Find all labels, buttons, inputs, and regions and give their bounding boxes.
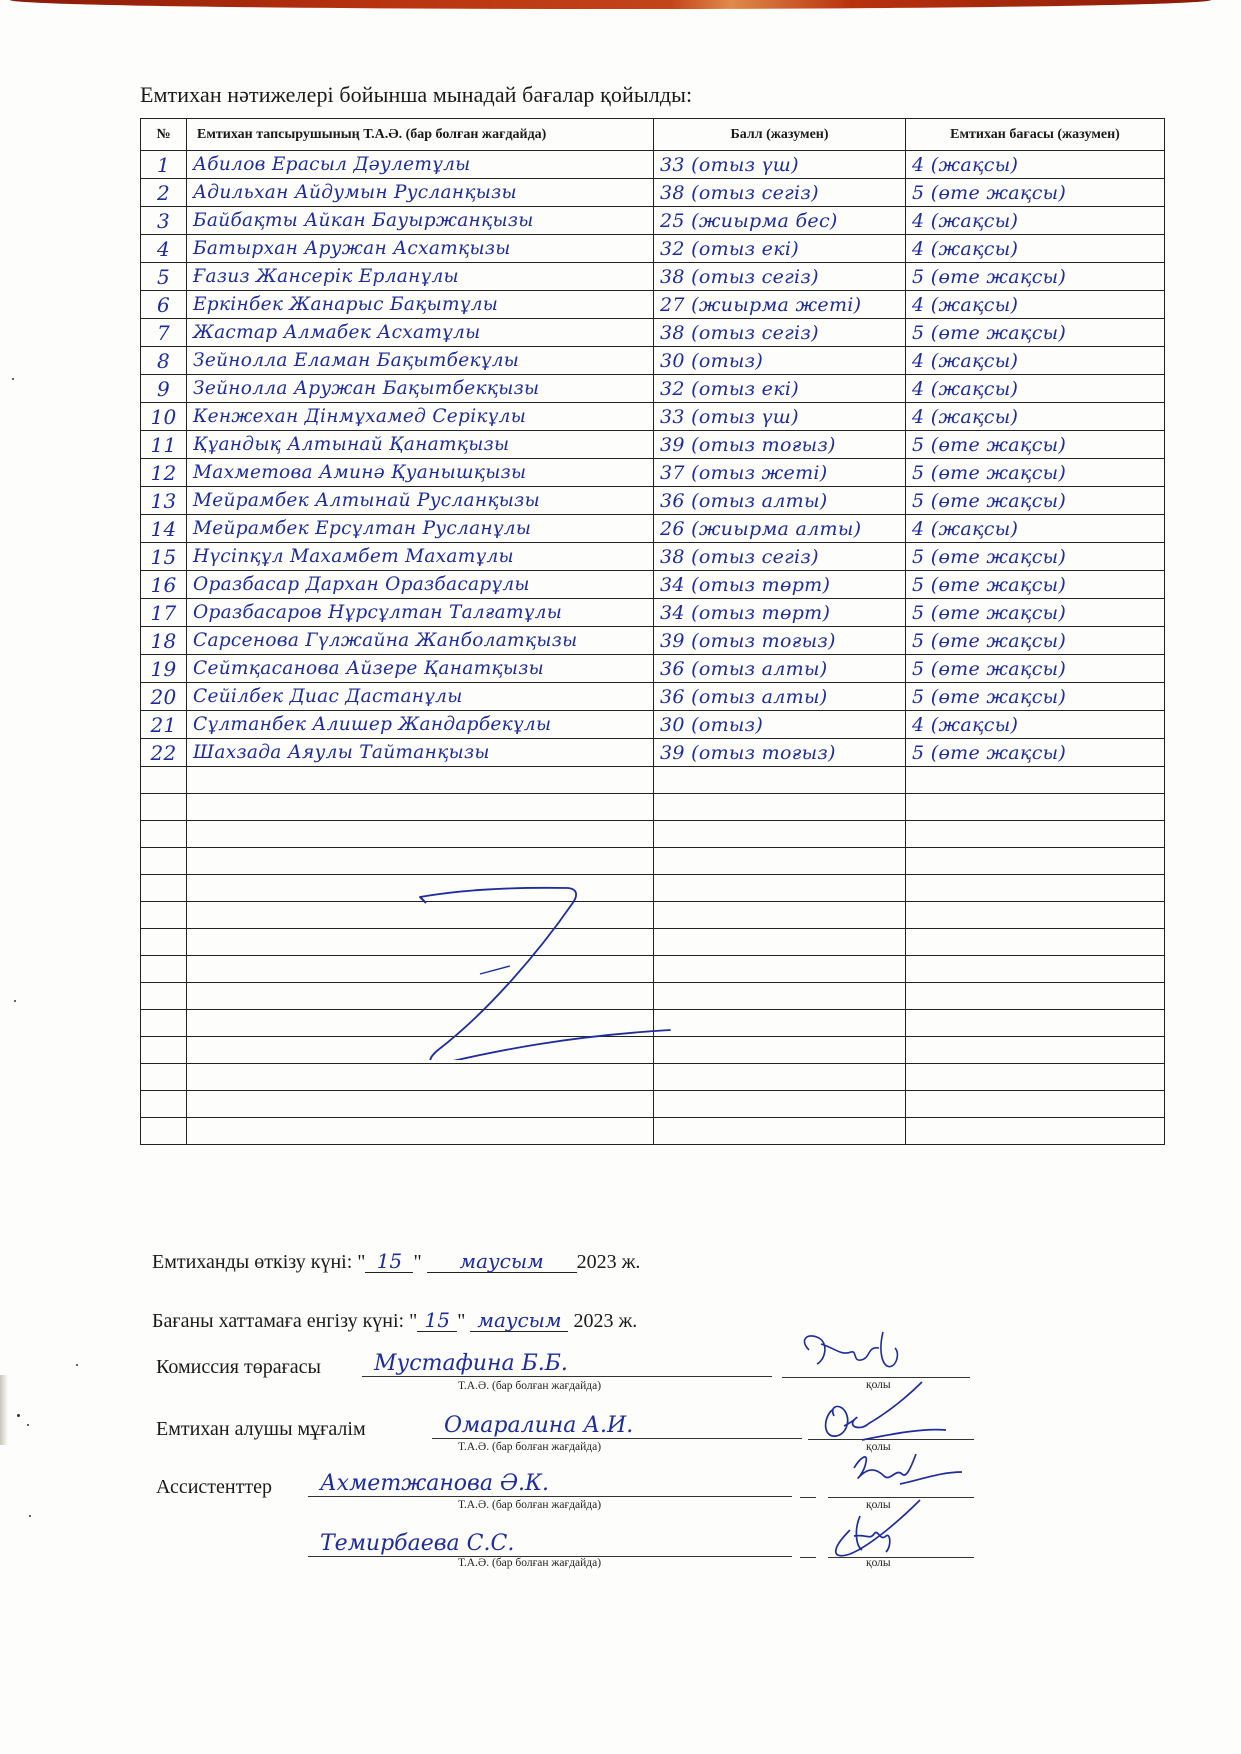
row-number: 5 [141, 263, 187, 291]
empty-cell [906, 821, 1165, 848]
row-number: 20 [141, 683, 187, 711]
chair-signature-field [782, 1351, 970, 1378]
exam-date-line: Емтиханды өткізу күні: "15" маусым2023 ж… [152, 1250, 640, 1274]
assistant1-signature-field [828, 1471, 974, 1498]
score-in-words: 34 (отыз төрт) [654, 599, 906, 627]
row-number: 7 [141, 319, 187, 347]
empty-cell [906, 929, 1165, 956]
score-in-words: 27 (жиырма жеті) [654, 291, 906, 319]
chair-name-caption: Т.А.Ә. (бар болған жағдайда) [458, 1380, 601, 1392]
quote-mark: " [457, 1310, 465, 1332]
empty-cell [906, 983, 1165, 1010]
grade-in-words: 5 (өте жақсы) [906, 739, 1165, 767]
table-row: 10Кенжехан Дінмұхамед Серікұлы33 (отыз ү… [141, 403, 1165, 431]
table-row: 13Мейрамбек Алтынай Русланқызы36 (отыз а… [141, 487, 1165, 515]
empty-cell [906, 1037, 1165, 1064]
protocol-date-month: маусым [470, 1309, 568, 1332]
exam-date-day: 15 [365, 1250, 413, 1273]
empty-cell [187, 983, 654, 1010]
student-name: Зейнолла Аружан Бақытбекқызы [187, 375, 654, 403]
empty-table-row [141, 794, 1165, 821]
student-name: Сұлтанбек Алишер Жандарбекұлы [187, 711, 654, 739]
row-number: 18 [141, 627, 187, 655]
results-table: № Емтихан тапсырушының Т.А.Ә. (бар болға… [140, 118, 1165, 1145]
assistant2-name-field: Темирбаева С.С. [308, 1531, 792, 1557]
score-in-words: 33 (отыз үш) [654, 151, 906, 179]
scan-edge-smudge [0, 1375, 8, 1445]
header-number: № [141, 119, 187, 151]
grade-in-words: 4 (жақсы) [906, 291, 1165, 319]
protocol-date-label: Бағаны хаттамаға енгізу күні: " [152, 1310, 417, 1332]
protocol-date-day: 15 [417, 1309, 457, 1332]
empty-cell [187, 1037, 654, 1064]
score-in-words: 32 (отыз екі) [654, 235, 906, 263]
row-number: 8 [141, 347, 187, 375]
table-row: 12Махметова Аминә Қуанышқызы37 (отыз жет… [141, 459, 1165, 487]
student-name: Мейрамбек Алтынай Русланқызы [187, 487, 654, 515]
row-number: 15 [141, 543, 187, 571]
grade-in-words: 4 (жақсы) [906, 347, 1165, 375]
empty-cell [906, 1064, 1165, 1091]
empty-cell [654, 794, 906, 821]
assistant1-sign-dash [800, 1471, 816, 1498]
score-in-words: 36 (отыз алты) [654, 487, 906, 515]
student-name: Құандық Алтынай Қанатқызы [187, 431, 654, 459]
grade-in-words: 5 (өте жақсы) [906, 179, 1165, 207]
table-row: 5Ғазиз Жансерік Ерланұлы38 (отыз сегіз)5… [141, 263, 1165, 291]
table-row: 8Зейнолла Еламан Бақытбекұлы30 (отыз)4 (… [141, 347, 1165, 375]
empty-cell [141, 1091, 187, 1118]
row-number: 4 [141, 235, 187, 263]
empty-cell [141, 1118, 187, 1145]
empty-cell [906, 875, 1165, 902]
chair-role-label: Комиссия төрағасы [156, 1356, 321, 1379]
empty-cell [187, 1091, 654, 1118]
grade-in-words: 5 (өте жақсы) [906, 319, 1165, 347]
student-name: Еркінбек Жанарыс Бақытұлы [187, 291, 654, 319]
empty-table-row [141, 902, 1165, 929]
grade-in-words: 5 (өте жақсы) [906, 487, 1165, 515]
student-name: Мейрамбек Ерсұлтан Русланұлы [187, 515, 654, 543]
score-in-words: 38 (отыз сегіз) [654, 263, 906, 291]
empty-cell [654, 1037, 906, 1064]
score-in-words: 37 (отыз жеті) [654, 459, 906, 487]
row-number: 21 [141, 711, 187, 739]
empty-table-row [141, 1091, 1165, 1118]
empty-cell [654, 983, 906, 1010]
student-name: Сейілбек Диас Дастанұлы [187, 683, 654, 711]
grade-in-words: 5 (өте жақсы) [906, 571, 1165, 599]
score-in-words: 36 (отыз алты) [654, 683, 906, 711]
table-row: 1Абилов Ерасыл Дәулетұлы33 (отыз үш)4 (ж… [141, 151, 1165, 179]
table-row: 19Сейтқасанова Айзере Қанатқызы36 (отыз … [141, 655, 1165, 683]
empty-cell [141, 1010, 187, 1037]
empty-cell [141, 794, 187, 821]
row-number: 13 [141, 487, 187, 515]
grade-in-words: 4 (жақсы) [906, 375, 1165, 403]
table-row: 22Шахзада Аяулы Тайтанқызы39 (отыз тоғыз… [141, 739, 1165, 767]
grade-in-words: 4 (жақсы) [906, 711, 1165, 739]
score-in-words: 38 (отыз сегіз) [654, 543, 906, 571]
empty-cell [187, 848, 654, 875]
grade-in-words: 5 (өте жақсы) [906, 543, 1165, 571]
score-in-words: 26 (жиырма алты) [654, 515, 906, 543]
empty-cell [187, 767, 654, 794]
score-in-words: 30 (отыз) [654, 347, 906, 375]
row-number: 17 [141, 599, 187, 627]
teacher-name-field: Омаралина А.И. [432, 1413, 802, 1439]
empty-cell [141, 929, 187, 956]
empty-cell [141, 875, 187, 902]
empty-table-row [141, 821, 1165, 848]
grade-in-words: 5 (өте жақсы) [906, 683, 1165, 711]
student-name: Оразбасаров Нұрсұлтан Талғатұлы [187, 599, 654, 627]
table-row: 11Құандық Алтынай Қанатқызы39 (отыз тоғы… [141, 431, 1165, 459]
score-in-words: 39 (отыз тоғыз) [654, 627, 906, 655]
scan-speck [14, 1000, 16, 1002]
assistants-role-label: Ассистенттер [156, 1476, 272, 1499]
empty-cell [141, 1064, 187, 1091]
row-number: 11 [141, 431, 187, 459]
empty-cell [654, 956, 906, 983]
table-row: 9Зейнолла Аружан Бақытбекқызы32 (отыз ек… [141, 375, 1165, 403]
empty-cell [906, 1010, 1165, 1037]
empty-cell [906, 1118, 1165, 1145]
empty-cell [654, 902, 906, 929]
student-name: Жастар Алмабек Асхатұлы [187, 319, 654, 347]
empty-cell [654, 1064, 906, 1091]
row-number: 12 [141, 459, 187, 487]
student-name: Зейнолла Еламан Бақытбекұлы [187, 347, 654, 375]
scan-speck [27, 1424, 29, 1426]
table-row: 4Батырхан Аружан Асхатқызы32 (отыз екі)4… [141, 235, 1165, 263]
student-name: Адильхан Айдумын Русланқызы [187, 179, 654, 207]
score-in-words: 38 (отыз сегіз) [654, 179, 906, 207]
empty-cell [654, 1118, 906, 1145]
score-in-words: 38 (отыз сегіз) [654, 319, 906, 347]
table-row: 7Жастар Алмабек Асхатұлы38 (отыз сегіз)5… [141, 319, 1165, 347]
grade-in-words: 4 (жақсы) [906, 235, 1165, 263]
header-name: Емтихан тапсырушының Т.А.Ә. (бар болған … [187, 119, 654, 151]
row-number: 3 [141, 207, 187, 235]
grade-in-words: 5 (өте жақсы) [906, 263, 1165, 291]
assistant2-sign-dash [800, 1531, 816, 1558]
empty-cell [654, 1091, 906, 1118]
student-name: Ғазиз Жансерік Ерланұлы [187, 263, 654, 291]
header-grade: Емтихан бағасы (жазумен) [906, 119, 1165, 151]
empty-cell [906, 1091, 1165, 1118]
assistant1-sign-caption: қолы [866, 1499, 891, 1511]
table-row: 17Оразбасаров Нұрсұлтан Талғатұлы34 (оты… [141, 599, 1165, 627]
score-in-words: 32 (отыз екі) [654, 375, 906, 403]
empty-cell [187, 821, 654, 848]
empty-table-row [141, 1010, 1165, 1037]
student-name: Оразбасар Дархан Оразбасарұлы [187, 571, 654, 599]
empty-cell [654, 767, 906, 794]
teacher-role-label: Емтихан алушы мұғалім [156, 1418, 366, 1441]
table-row: 3Байбақты Айкан Бауыржанқызы25 (жиырма б… [141, 207, 1165, 235]
student-name: Нүсіпқұл Махамбет Махатұлы [187, 543, 654, 571]
row-number: 2 [141, 179, 187, 207]
empty-cell [187, 794, 654, 821]
empty-cell [141, 956, 187, 983]
empty-cell [141, 1037, 187, 1064]
empty-cell [654, 821, 906, 848]
table-row: 21Сұлтанбек Алишер Жандарбекұлы30 (отыз)… [141, 711, 1165, 739]
empty-cell [141, 821, 187, 848]
empty-cell [187, 1118, 654, 1145]
empty-cell [906, 956, 1165, 983]
empty-table-row [141, 767, 1165, 794]
score-in-words: 39 (отыз тоғыз) [654, 739, 906, 767]
row-number: 10 [141, 403, 187, 431]
empty-table-row [141, 983, 1165, 1010]
score-in-words: 36 (отыз алты) [654, 655, 906, 683]
empty-table-row [141, 1118, 1165, 1145]
empty-cell [141, 983, 187, 1010]
table-header-row: № Емтихан тапсырушының Т.А.Ә. (бар болға… [141, 119, 1165, 151]
score-in-words: 30 (отыз) [654, 711, 906, 739]
chair-name-field: Мустафина Б.Б. [362, 1351, 772, 1377]
table-row: 6Еркінбек Жанарыс Бақытұлы27 (жиырма жет… [141, 291, 1165, 319]
empty-cell [906, 902, 1165, 929]
scan-speck [29, 1515, 31, 1517]
empty-cell [141, 767, 187, 794]
student-name: Шахзада Аяулы Тайтанқызы [187, 739, 654, 767]
empty-cell [187, 929, 654, 956]
assistant1-name-caption: Т.А.Ә. (бар болған жағдайда) [458, 1499, 601, 1511]
empty-cell [187, 1064, 654, 1091]
table-row: 14Мейрамбек Ерсұлтан Русланұлы26 (жиырма… [141, 515, 1165, 543]
exam-date-label: Емтиханды өткізу күні: " [152, 1251, 365, 1273]
empty-table-row [141, 1064, 1165, 1091]
table-row: 18Сарсенова Гүлжайна Жанболатқызы39 (оты… [141, 627, 1165, 655]
grade-in-words: 5 (өте жақсы) [906, 431, 1165, 459]
protocol-date-year: 2023 ж. [573, 1310, 637, 1332]
empty-cell [141, 902, 187, 929]
empty-cell [187, 956, 654, 983]
student-name: Кенжехан Дінмұхамед Серікұлы [187, 403, 654, 431]
quote-mark: " [413, 1251, 421, 1273]
grade-in-words: 5 (өте жақсы) [906, 599, 1165, 627]
empty-cell [187, 875, 654, 902]
empty-cell [906, 848, 1165, 875]
assistant2-sign-caption: қолы [866, 1557, 891, 1569]
teacher-sign-caption: қолы [866, 1441, 891, 1453]
student-name: Сарсенова Гүлжайна Жанболатқызы [187, 627, 654, 655]
assistant2-name-caption: Т.А.Ә. (бар болған жағдайда) [458, 1557, 601, 1569]
empty-cell [654, 1010, 906, 1037]
score-in-words: 34 (отыз төрт) [654, 571, 906, 599]
assistant1-name-field: Ахметжанова Ә.К. [308, 1471, 792, 1497]
grade-in-words: 4 (жақсы) [906, 151, 1165, 179]
row-number: 16 [141, 571, 187, 599]
grade-in-words: 5 (өте жақсы) [906, 627, 1165, 655]
student-name: Абилов Ерасыл Дәулетұлы [187, 151, 654, 179]
empty-cell [654, 848, 906, 875]
table-row: 15Нүсіпқұл Махамбет Махатұлы38 (отыз сег… [141, 543, 1165, 571]
student-name: Сейтқасанова Айзере Қанатқызы [187, 655, 654, 683]
chair-sign-caption: қолы [866, 1379, 891, 1391]
student-name: Батырхан Аружан Асхатқызы [187, 235, 654, 263]
row-number: 19 [141, 655, 187, 683]
scan-top-edge [10, 0, 1211, 9]
teacher-name-caption: Т.А.Ә. (бар болған жағдайда) [458, 1441, 601, 1453]
score-in-words: 33 (отыз үш) [654, 403, 906, 431]
row-number: 1 [141, 151, 187, 179]
grade-in-words: 4 (жақсы) [906, 515, 1165, 543]
protocol-date-line: Бағаны хаттамаға енгізу күні: "15" маусы… [152, 1309, 637, 1333]
grade-in-words: 5 (өте жақсы) [906, 655, 1165, 683]
empty-table-row [141, 875, 1165, 902]
empty-cell [187, 902, 654, 929]
empty-cell [187, 1010, 654, 1037]
intro-text: Емтихан нәтижелері бойынша мынадай бағал… [140, 82, 692, 108]
grade-in-words: 5 (өте жақсы) [906, 459, 1165, 487]
student-name: Байбақты Айкан Бауыржанқызы [187, 207, 654, 235]
row-number: 6 [141, 291, 187, 319]
table-row: 20Сейілбек Диас Дастанұлы36 (отыз алты)5… [141, 683, 1165, 711]
empty-table-row [141, 956, 1165, 983]
row-number: 22 [141, 739, 187, 767]
table-row: 16Оразбасар Дархан Оразбасарұлы34 (отыз … [141, 571, 1165, 599]
empty-cell [906, 767, 1165, 794]
empty-table-row [141, 929, 1165, 956]
grade-in-words: 4 (жақсы) [906, 403, 1165, 431]
exam-date-year: 2023 ж. [577, 1251, 641, 1273]
scan-speck [12, 378, 14, 380]
row-number: 9 [141, 375, 187, 403]
score-in-words: 25 (жиырма бес) [654, 207, 906, 235]
student-name: Махметова Аминә Қуанышқызы [187, 459, 654, 487]
scan-speck [76, 1364, 78, 1366]
assistant2-signature-field [828, 1531, 974, 1558]
row-number: 14 [141, 515, 187, 543]
header-score: Балл (жазумен) [654, 119, 906, 151]
exam-date-month: маусым [427, 1250, 577, 1273]
teacher-signature-field [808, 1413, 974, 1440]
empty-cell [141, 848, 187, 875]
empty-cell [654, 875, 906, 902]
empty-cell [654, 929, 906, 956]
empty-table-row [141, 1037, 1165, 1064]
empty-table-row [141, 848, 1165, 875]
empty-cell [906, 794, 1165, 821]
scan-speck [17, 1414, 20, 1417]
grade-in-words: 4 (жақсы) [906, 207, 1165, 235]
score-in-words: 39 (отыз тоғыз) [654, 431, 906, 459]
table-row: 2Адильхан Айдумын Русланқызы38 (отыз сег… [141, 179, 1165, 207]
